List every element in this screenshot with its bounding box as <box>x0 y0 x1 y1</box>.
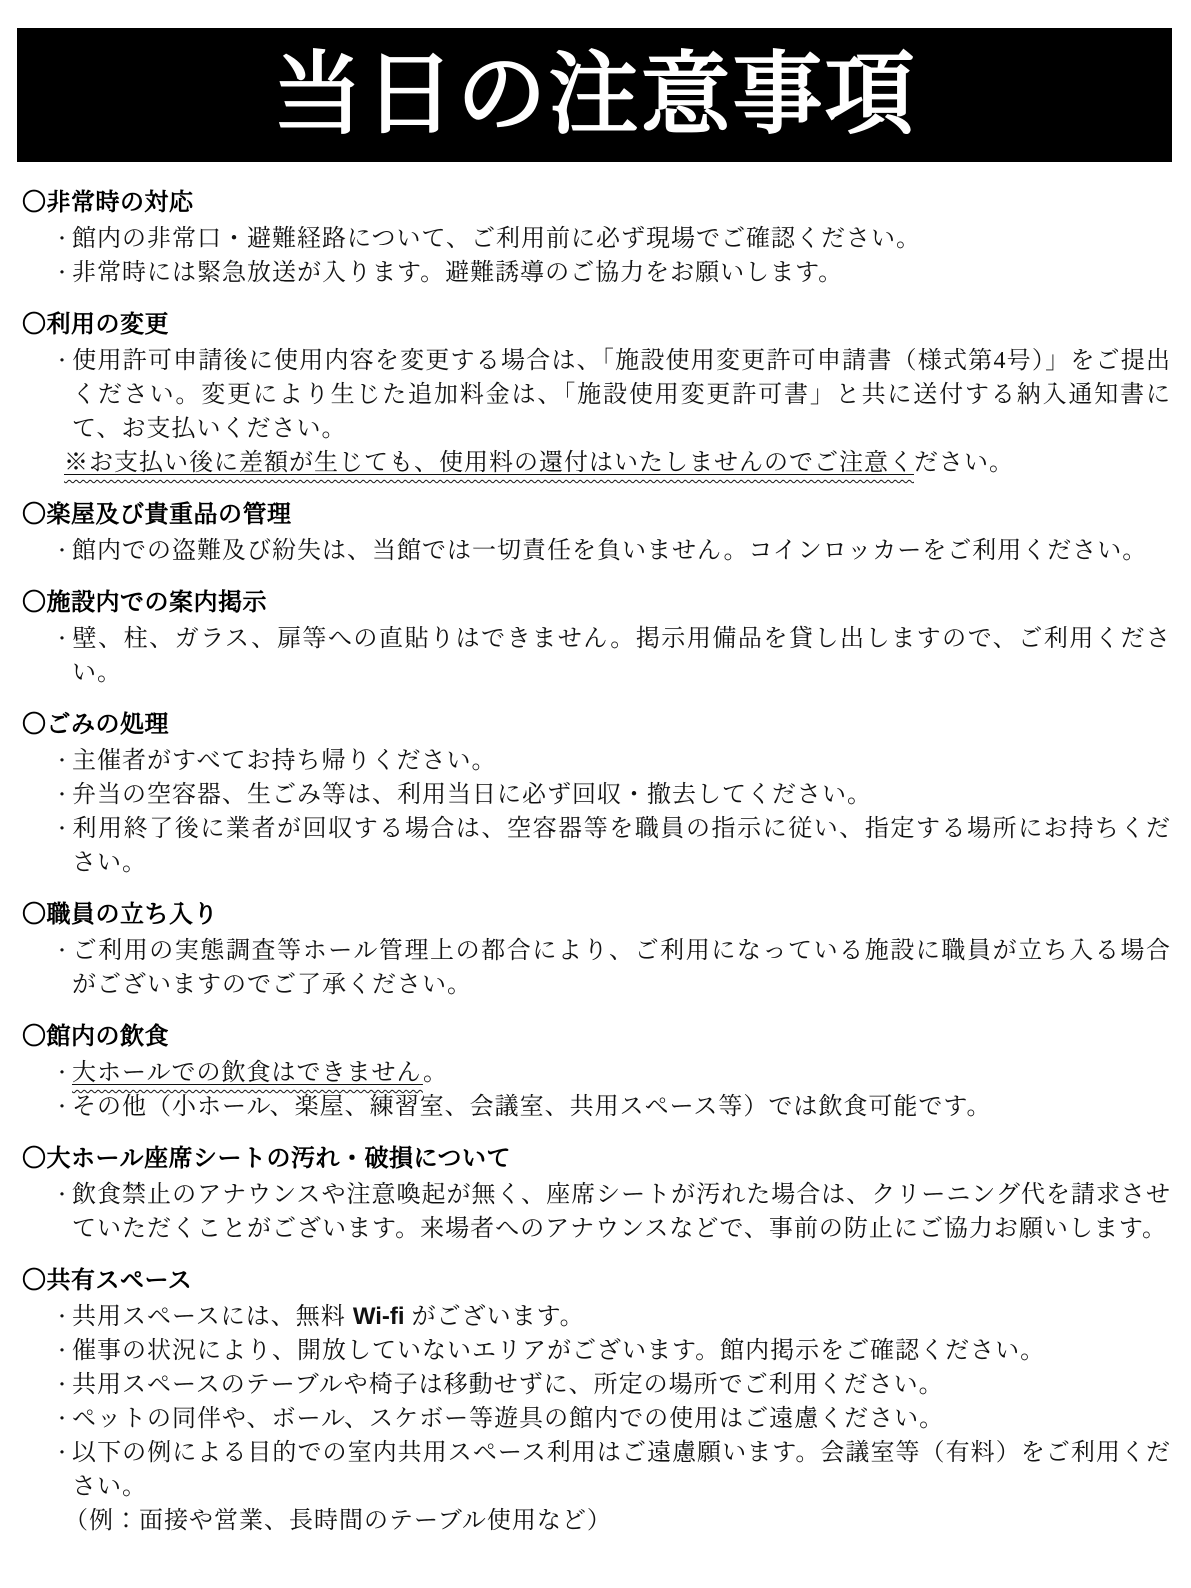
bullet-marker: ・ <box>53 812 72 846</box>
item-text: がございます。 <box>405 1304 585 1330</box>
item-continuation: ※お支払い後に差額が生じても、使用料の還付はいたしませんのでご注意ください。 <box>53 446 1171 480</box>
section-body: ・館内の非常口・避難経路について、ご利用前に必ず現場でご確認ください。・非常時に… <box>22 222 1171 290</box>
bullet-item: ・ご利用の実態調査等ホール管理上の都合により、ご利用になっている施設に職員が立ち… <box>53 934 1171 1002</box>
section-heading: 〇施設内での案内掲示 <box>22 588 1171 618</box>
item-text: 壁、柱、ガラス、扉等への直貼りはできません。掲示用備品を貸し出しますので、ご利用… <box>72 626 1171 686</box>
item-text: ペットの同伴や、ボール、スケボー等遊具の館内での使用はご遠慮ください。 <box>72 1406 944 1432</box>
bullet-marker: ・ <box>53 1368 72 1402</box>
bullet-item: ・使用許可申請後に使用内容を変更する場合は、「施設使用変更許可申請書（様式第4号… <box>53 344 1171 446</box>
section: 〇施設内での案内掲示 ・壁、柱、ガラス、扉等への直貼りはできません。掲示用備品を… <box>22 588 1171 690</box>
sections-container: 〇非常時の対応 ・館内の非常口・避難経路について、ご利用前に必ず現場でご確認くだ… <box>0 188 1191 1588</box>
bullet-marker: ・ <box>53 1334 72 1368</box>
item-text: 催事の状況により、開放していないエリアがございます。館内掲示をご確認ください。 <box>72 1338 1045 1364</box>
page-title: 当日の注意事項 <box>273 50 917 140</box>
section-heading: 〇非常時の対応 <box>22 188 1171 218</box>
bullet-marker: ・ <box>53 1090 72 1124</box>
item-text: ださい。 <box>914 450 1014 476</box>
section-heading: 〇利用の変更 <box>22 310 1171 340</box>
section: 〇共有スペース ・共用スペースには、無料 Wi-fi がございます。・催事の状況… <box>22 1266 1171 1538</box>
bullet-item: ・催事の状況により、開放していないエリアがございます。館内掲示をご確認ください。 <box>53 1334 1171 1368</box>
bullet-item: ・共用スペースのテーブルや椅子は移動せずに、所定の場所でご利用ください。 <box>53 1368 1171 1402</box>
section-body: ・館内での盗難及び紛失は、当館では一切責任を負いません。コインロッカーをご利用く… <box>22 534 1171 568</box>
bullet-marker: ・ <box>53 1178 72 1212</box>
item-text: 館内での盗難及び紛失は、当館では一切責任を負いません。コインロッカーをご利用くだ… <box>72 538 1147 564</box>
notice-document: 当日の注意事項 〇非常時の対応 ・館内の非常口・避難経路について、ご利用前に必ず… <box>0 28 1191 1588</box>
bullet-item: ・利用終了後に業者が回収する場合は、空容器等を職員の指示に従い、指定する場所にお… <box>53 812 1171 880</box>
item-text: 使用許可申請後に使用内容を変更する場合は、「施設使用変更許可申請書（様式第4号）… <box>72 348 1171 442</box>
section: 〇職員の立ち入り ・ご利用の実態調査等ホール管理上の都合により、ご利用になってい… <box>22 900 1171 1002</box>
item-text: 共用スペースのテーブルや椅子は移動せずに、所定の場所でご利用ください。 <box>72 1372 944 1398</box>
notice-page: { "page": { "title": "当日の注意事項" }, "color… <box>0 28 1191 1588</box>
bullet-item: ・その他（小ホール、楽屋、練習室、会議室、共用スペース等）では飲食可能です。 <box>53 1090 1171 1124</box>
item-continuation: （例：面接や営業、長時間のテーブル使用など） <box>53 1504 1171 1538</box>
section-heading: 〇共有スペース <box>22 1266 1171 1296</box>
bullet-marker: ・ <box>53 1300 72 1334</box>
bullet-item: ・壁、柱、ガラス、扉等への直貼りはできません。掲示用備品を貸し出しますので、ご利… <box>53 622 1171 690</box>
emphasis-text: Wi-fi <box>353 1303 405 1330</box>
item-text: 弁当の空容器、生ごみ等は、利用当日に必ず回収・撤去してください。 <box>72 782 872 808</box>
section-body: ・大ホールでの飲食はできません。・その他（小ホール、楽屋、練習室、会議室、共用ス… <box>22 1056 1171 1124</box>
section-heading: 〇職員の立ち入り <box>22 900 1171 930</box>
item-text: 館内の非常口・避難経路について、ご利用前に必ず現場でご確認ください。 <box>72 226 921 252</box>
item-text: その他（小ホール、楽屋、練習室、会議室、共用スペース等）では飲食可能です。 <box>72 1094 991 1120</box>
bullet-marker: ・ <box>53 222 72 256</box>
item-text: 非常時には緊急放送が入ります。避難誘導のご協力をお願いします。 <box>72 260 843 286</box>
underline-wrap: ※お支払い後に差額が生じても、使用料の還付はいたしませんのでご注意く <box>64 450 914 476</box>
section: 〇大ホール座席シートの汚れ・破損について ・飲食禁止のアナウンスや注意喚起が無く… <box>22 1144 1171 1246</box>
item-text: 利用終了後に業者が回収する場合は、空容器等を職員の指示に従い、指定する場所にお持… <box>72 816 1171 876</box>
section-heading: 〇館内の飲食 <box>22 1022 1171 1052</box>
bullet-item: ・館内の非常口・避難経路について、ご利用前に必ず現場でご確認ください。 <box>53 222 1171 256</box>
bullet-marker: ・ <box>53 1402 72 1436</box>
section: 〇利用の変更 ・使用許可申請後に使用内容を変更する場合は、「施設使用変更許可申請… <box>22 310 1171 480</box>
bullet-marker: ・ <box>53 256 72 290</box>
bullet-item: ・大ホールでの飲食はできません。 <box>53 1056 1171 1090</box>
section-heading: 〇ごみの処理 <box>22 710 1171 740</box>
bullet-marker: ・ <box>53 1056 72 1090</box>
bullet-item: ・弁当の空容器、生ごみ等は、利用当日に必ず回収・撤去してください。 <box>53 778 1171 812</box>
item-text: 。 <box>423 1060 448 1086</box>
item-text: （例：面接や営業、長時間のテーブル使用など） <box>64 1508 612 1534</box>
bullet-marker: ・ <box>53 1436 72 1470</box>
underlined-text: ※お支払い後に差額が生じても、使用料の還付はいたしませんのでご注意く <box>64 450 914 476</box>
section: 〇楽屋及び貴重品の管理 ・館内での盗難及び紛失は、当館では一切責任を負いません。… <box>22 500 1171 568</box>
section-heading: 〇楽屋及び貴重品の管理 <box>22 500 1171 530</box>
bullet-marker: ・ <box>53 344 72 378</box>
underline-wrap: 大ホールでの飲食はできません <box>72 1060 423 1086</box>
section-body: ・共用スペースには、無料 Wi-fi がございます。・催事の状況により、開放して… <box>22 1300 1171 1538</box>
bullet-item: ・飲食禁止のアナウンスや注意喚起が無く、座席シートが汚れた場合は、クリーニング代… <box>53 1178 1171 1246</box>
bullet-marker: ・ <box>53 622 72 656</box>
bullet-marker: ・ <box>53 534 72 568</box>
bullet-item: ・ペットの同伴や、ボール、スケボー等遊具の館内での使用はご遠慮ください。 <box>53 1402 1171 1436</box>
section-heading: 〇大ホール座席シートの汚れ・破損について <box>22 1144 1171 1174</box>
bullet-item: ・以下の例による目的での室内共用スペース利用はご遠慮願います。会議室等（有料）を… <box>53 1436 1171 1504</box>
title-banner: 当日の注意事項 <box>17 28 1172 162</box>
item-text: 以下の例による目的での室内共用スペース利用はご遠慮願います。会議室等（有料）をご… <box>72 1440 1171 1500</box>
section-body: ・飲食禁止のアナウンスや注意喚起が無く、座席シートが汚れた場合は、クリーニング代… <box>22 1178 1171 1246</box>
section: 〇非常時の対応 ・館内の非常口・避難経路について、ご利用前に必ず現場でご確認くだ… <box>22 188 1171 290</box>
section-body: ・壁、柱、ガラス、扉等への直貼りはできません。掲示用備品を貸し出しますので、ご利… <box>22 622 1171 690</box>
section-body: ・ご利用の実態調査等ホール管理上の都合により、ご利用になっている施設に職員が立ち… <box>22 934 1171 1002</box>
bullet-marker: ・ <box>53 934 72 968</box>
section-body: ・主催者がすべてお持ち帰りください。・弁当の空容器、生ごみ等は、利用当日に必ず回… <box>22 744 1171 880</box>
bullet-item: ・主催者がすべてお持ち帰りください。 <box>53 744 1171 778</box>
item-text: 飲食禁止のアナウンスや注意喚起が無く、座席シートが汚れた場合は、クリーニング代を… <box>72 1182 1171 1242</box>
bullet-marker: ・ <box>53 744 72 778</box>
section-body: ・使用許可申請後に使用内容を変更する場合は、「施設使用変更許可申請書（様式第4号… <box>22 344 1171 480</box>
item-text: ご利用の実態調査等ホール管理上の都合により、ご利用になっている施設に職員が立ち入… <box>72 938 1171 998</box>
item-text: 共用スペースには、無料 <box>72 1304 353 1330</box>
bullet-marker: ・ <box>53 778 72 812</box>
underlined-text: 大ホールでの飲食はできません <box>72 1060 423 1086</box>
bullet-item: ・非常時には緊急放送が入ります。避難誘導のご協力をお願いします。 <box>53 256 1171 290</box>
bullet-item: ・共用スペースには、無料 Wi-fi がございます。 <box>53 1300 1171 1334</box>
section: 〇ごみの処理 ・主催者がすべてお持ち帰りください。・弁当の空容器、生ごみ等は、利… <box>22 710 1171 880</box>
section: 〇館内の飲食 ・大ホールでの飲食はできません。・その他（小ホール、楽屋、練習室、… <box>22 1022 1171 1124</box>
bullet-item: ・館内での盗難及び紛失は、当館では一切責任を負いません。コインロッカーをご利用く… <box>53 534 1171 568</box>
item-text: 主催者がすべてお持ち帰りください。 <box>72 748 497 774</box>
